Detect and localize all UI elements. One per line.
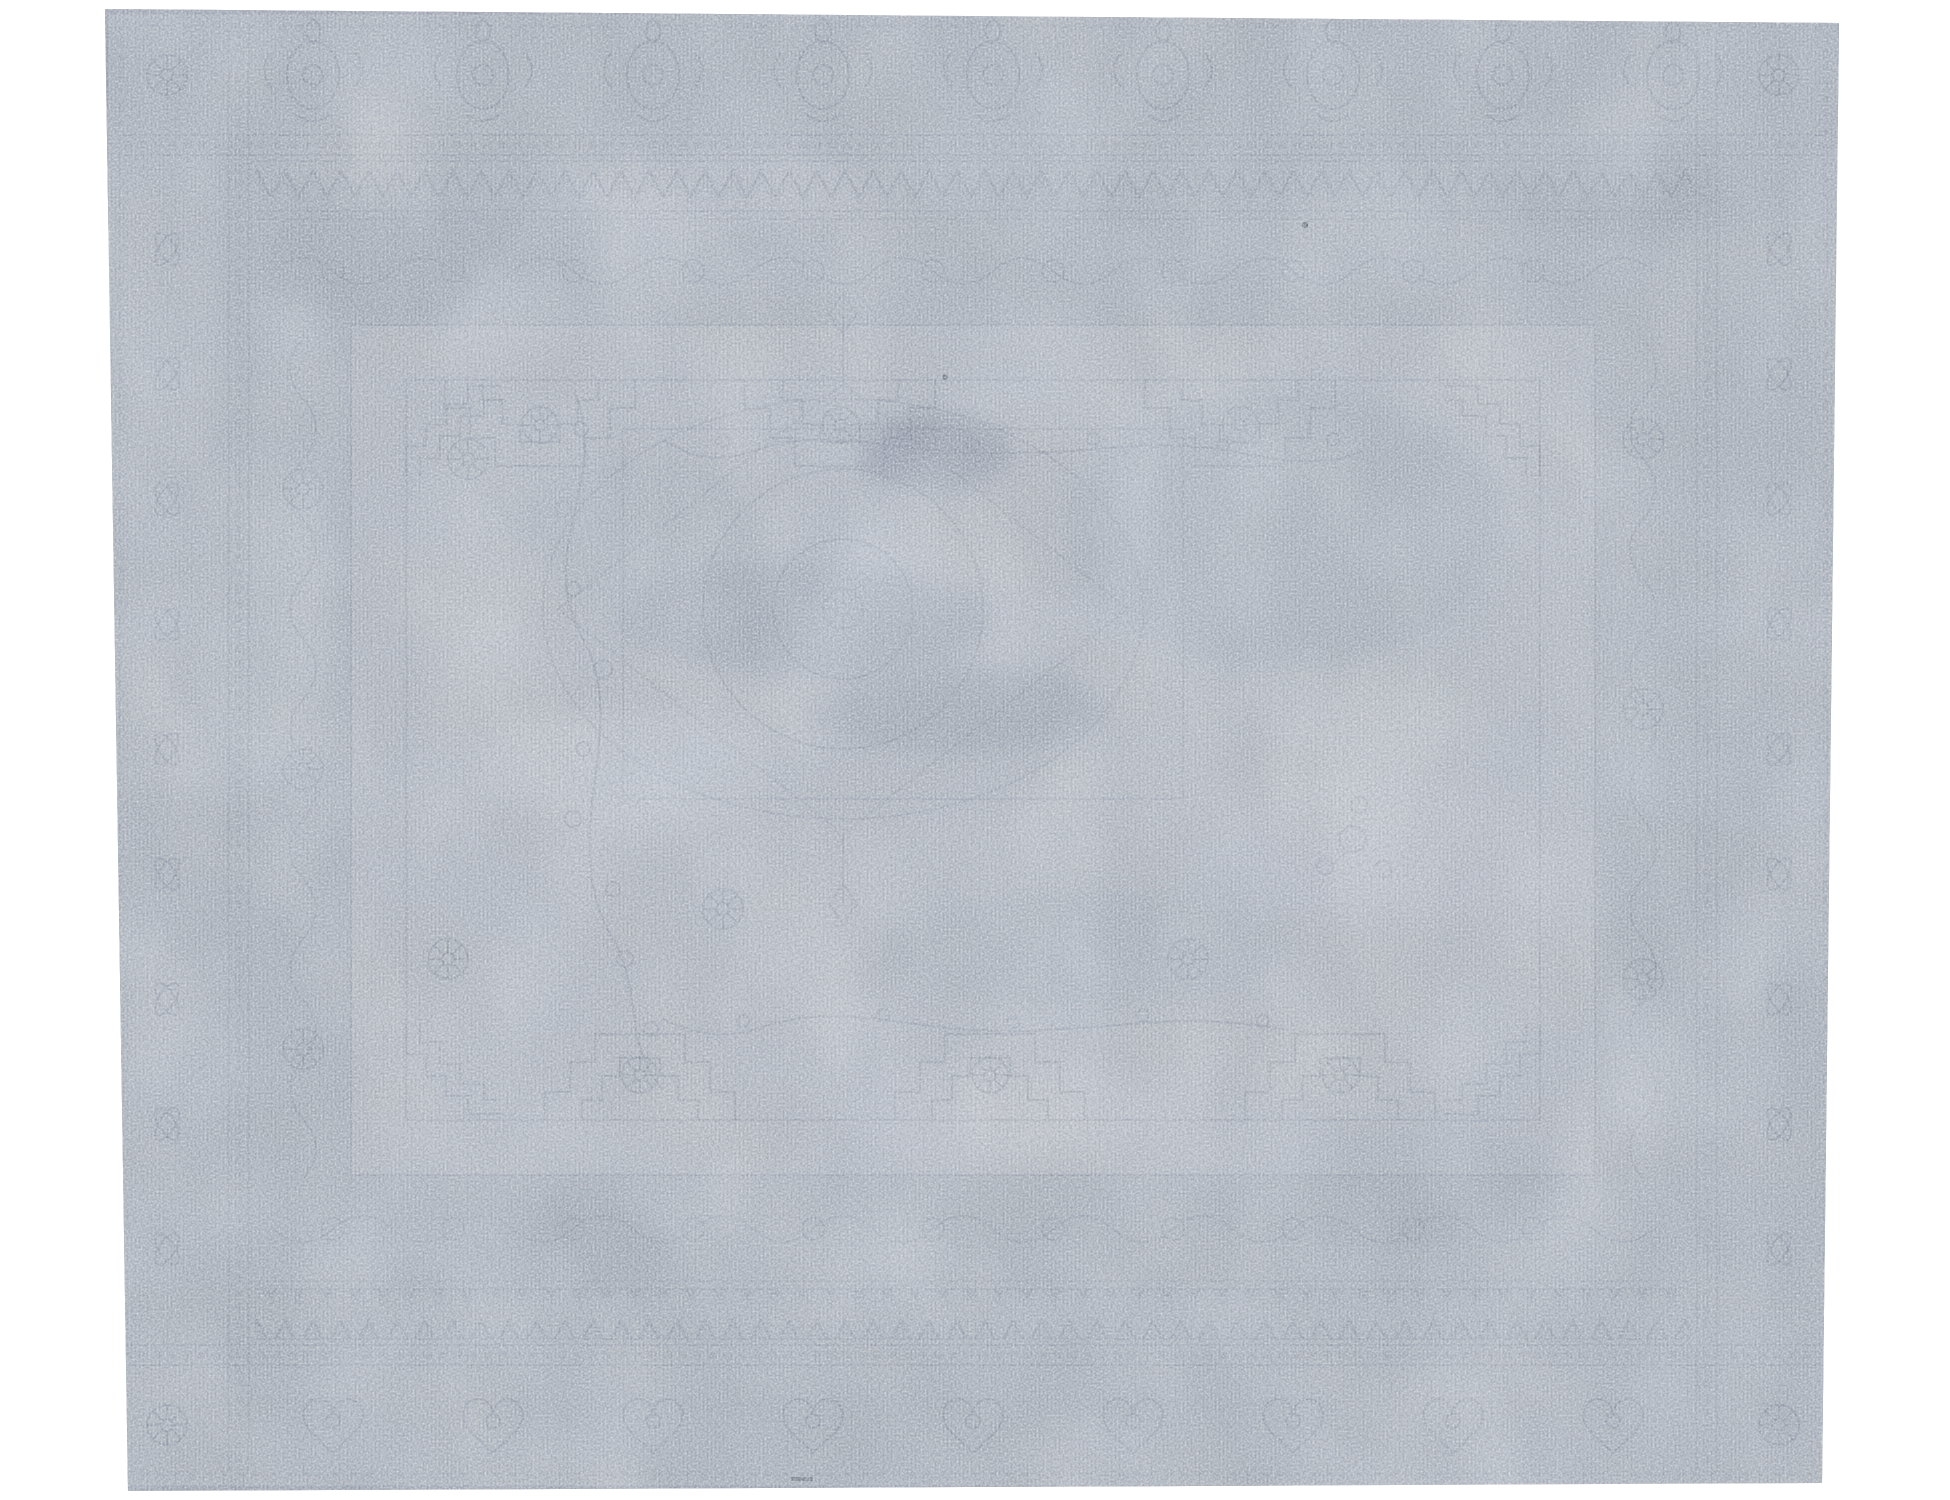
rug-photo [103,9,1843,1491]
rug-illustration [103,9,1843,1491]
texture-speckle-light [103,9,1843,1491]
photo-canvas: { "page": { "background_color": "#ffffff… [0,0,1950,1500]
